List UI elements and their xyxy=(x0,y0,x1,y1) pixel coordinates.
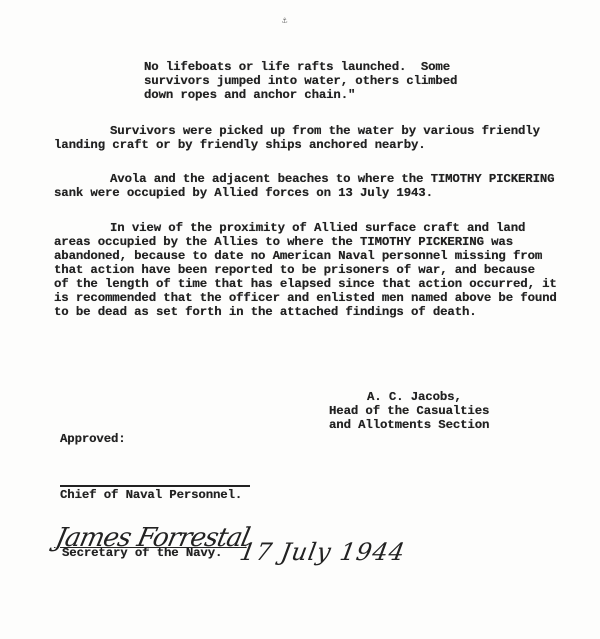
paragraph-line: In view of the proximity of Allied surfa… xyxy=(110,221,525,235)
paragraph-line: Avola and the adjacent beaches to where … xyxy=(110,172,554,186)
approved-label: Approved: xyxy=(60,432,126,446)
quote-line: down ropes and anchor chain." xyxy=(144,88,355,102)
anchor-mark: ⚓ xyxy=(282,16,287,26)
paragraph-line: abandoned, because to date no American N… xyxy=(54,249,542,263)
signature-line xyxy=(60,485,250,487)
paragraph-line: is recommended that the officer and enli… xyxy=(54,291,557,305)
quote-line: No lifeboats or life rafts launched. Som… xyxy=(144,60,450,74)
paragraph-line: sank were occupied by Allied forces on 1… xyxy=(54,186,433,200)
paragraph-line: landing craft or by friendly ships ancho… xyxy=(54,138,426,152)
quote-line: survivors jumped into water, others clim… xyxy=(144,74,457,88)
signer-name: A. C. Jacobs, xyxy=(367,390,462,404)
handwritten-date: 17 July 1944 xyxy=(238,538,408,566)
paragraph-line: areas occupied by the Allies to where th… xyxy=(54,235,513,249)
paragraph-line: of the length of time that has elapsed s… xyxy=(54,277,557,291)
signer-title: and Allotments Section xyxy=(329,418,489,432)
signer-title: Head of the Casualties xyxy=(329,404,489,418)
paragraph-line: to be dead as set forth in the attached … xyxy=(54,305,477,319)
document-page: ⚓ No lifeboats or life rafts launched. S… xyxy=(0,0,600,639)
chief-of-naval-personnel-label: Chief of Naval Personnel. xyxy=(60,488,242,502)
secretary-of-navy-label: Secretary of the Navy. xyxy=(62,546,222,560)
paragraph-line: Survivors were picked up from the water … xyxy=(110,124,540,138)
paragraph-line: that action have been reported to be pri… xyxy=(54,263,535,277)
